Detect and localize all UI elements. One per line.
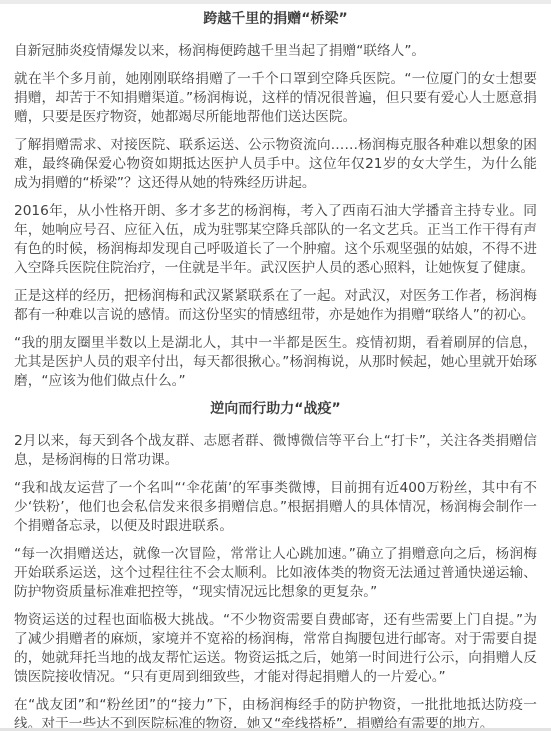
- paragraph: “每一次捐赠送达，就像一次冒险，常常让人心跳加速。”确立了捐赠意向之后，杨润梅开…: [14, 545, 537, 602]
- article-body: 跨越千里的捐赠“桥梁” 自新冠肺炎疫情爆发以来，杨润梅便跨越千里当起了捐赠“联络…: [0, 0, 551, 731]
- section-title: 逆向而行助力“战疫”: [14, 400, 537, 419]
- paragraph: 了解捐赠需求、对接医院、联系运送、公示物资流向……杨润梅克服各种难以想象的困难，…: [14, 136, 537, 193]
- paragraph: 物资运送的过程也面临极大挑战。“不少物资需要自费邮寄，还有些需要上门自提。”为了…: [14, 611, 537, 687]
- paragraph: 2016年，从小性格开朗、多才多艺的杨润梅，考入了西南石油大学播音主持专业。同年…: [14, 202, 537, 278]
- paragraph: 就在半个多月前，她刚刚联络捐赠了一千个口罩到空降兵医院。“一位厦门的女士想要捐赠…: [14, 70, 537, 127]
- paragraph: “我和战友运营了一个名叫“‘伞花菌’的军事类微博，目前拥有近400万粉丝，其中有…: [14, 479, 537, 536]
- article-title: 跨越千里的捐赠“桥梁”: [14, 10, 537, 29]
- paragraph: 在“战友团”和“粉丝团”的“接力”下，由杨润梅经手的防护物资，一批批地抵达防疫一…: [14, 696, 537, 731]
- paragraph: 正是这样的经历，把杨润梅和武汉紧紧联系在了一起。对武汉，对医务工作者，杨润梅都有…: [14, 287, 537, 325]
- paragraph: “我的朋友圈里半数以上是湖北人，其中一半都是医生。疫情初期，看着刷屏的信息，尤其…: [14, 334, 537, 391]
- paragraph: 2月以来，每天到各个战友群、志愿者群、微博微信等平台上“打卡”，关注各类捐赠信息…: [14, 432, 537, 470]
- paragraph: 自新冠肺炎疫情爆发以来，杨润梅便跨越千里当起了捐赠“联络人”。: [14, 42, 537, 61]
- page-top-border: [0, 0, 551, 4]
